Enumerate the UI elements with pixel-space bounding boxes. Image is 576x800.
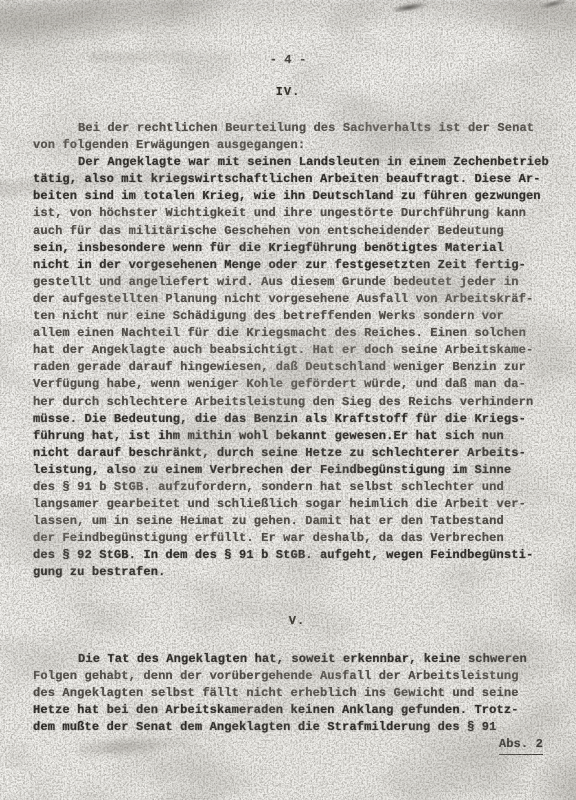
text-line: ten nicht nur eine Schädigung des betref…: [33, 308, 549, 325]
text-line: hat der Angeklagte auch beabsichtigt. Ha…: [33, 342, 549, 359]
text-line: der aufgestellten Planung nicht vorgeseh…: [33, 291, 549, 308]
text-line: Folgen gehabt, denn der vorübergehende A…: [33, 668, 527, 685]
text-line: Verfügung habe, wenn weniger Kohle geför…: [33, 376, 549, 393]
text-line: von folgenden Erwägungen ausgegangen:: [33, 137, 549, 154]
paragraph-section-v: Die Tat des Angeklagten hat, soweit erke…: [33, 651, 527, 736]
text-line: gung zu bestrafen.: [33, 564, 549, 581]
text-line: gestellt und angeliefert wird. Aus diese…: [33, 274, 549, 291]
section-heading-v: V.: [9, 613, 576, 630]
text-line: allem einen Nachteil für die Kriegsmacht…: [33, 325, 549, 342]
scanned-page: - 4 - IV. Bei der rechtlichen Beurteilun…: [0, 0, 576, 800]
scan-ink-mark-corner: [540, 0, 567, 10]
scan-smudge-top-band: [0, 0, 576, 34]
text-line: beiten sind im totalen Krieg, wie ihn De…: [33, 188, 549, 205]
section-heading-iv: IV.: [0, 84, 576, 101]
text-line: lassen, um in seine Heimat zu gehen. Dam…: [33, 513, 549, 530]
continuation-note: Abs. 2: [499, 736, 543, 755]
text-line: her durch schlechtere Arbeitsleistung de…: [33, 394, 549, 411]
text-line: Bei der rechtlichen Beurteilung des Sach…: [33, 120, 549, 137]
scan-smudge-top-right: [440, 0, 576, 36]
text-line: des § 92 StGB. In dem des § 91 b StGB. a…: [33, 547, 549, 564]
text-line: des Angeklagten selbst fällt nicht erheb…: [33, 685, 527, 702]
text-line: nicht in der vorgesehenen Menge oder zur…: [33, 257, 549, 274]
text-line: leistung, also zu einem Verbrechen der F…: [33, 462, 549, 479]
paragraph-section-iv: Bei der rechtlichen Beurteilung des Sach…: [33, 120, 549, 582]
scan-smudge-top-left: [0, 0, 252, 56]
text-line: tätig, also mit kriegswirtschaftlichen A…: [33, 171, 549, 188]
scan-ink-mark-top: [392, 1, 427, 14]
text-line: dem mußte der Senat dem Angeklagten die …: [33, 719, 527, 736]
text-line: ist, von höchster Wichtigkeit und ihre u…: [33, 205, 549, 222]
text-line: des § 91 b StGB. aufzufordern, sondern h…: [33, 479, 549, 496]
text-line: nicht darauf beschränkt, durch seine Het…: [33, 445, 549, 462]
text-line: Der Angeklagte war mit seinen Landsleute…: [33, 154, 549, 171]
text-line: der Feindbegünstigung erfüllt. Er war de…: [33, 530, 549, 547]
page-number: - 4 -: [0, 52, 576, 69]
text-line: sein, insbesondere wenn für die Kriegfüh…: [33, 240, 549, 257]
text-line: müsse. Die Bedeutung, die das Benzin als…: [33, 411, 549, 428]
text-line: Hetze hat bei den Arbeitskameraden keine…: [33, 702, 527, 719]
text-line: führung hat, ist ihm mithin wohl bekannt…: [33, 428, 549, 445]
text-line: langsamer gearbeitet und schließlich sog…: [33, 496, 549, 513]
text-line: auch für das militärische Geschehen von …: [33, 223, 549, 240]
text-line: Die Tat des Angeklagten hat, soweit erke…: [33, 651, 527, 668]
text-line: raden gerade darauf hingewiesen, daß Deu…: [33, 359, 549, 376]
